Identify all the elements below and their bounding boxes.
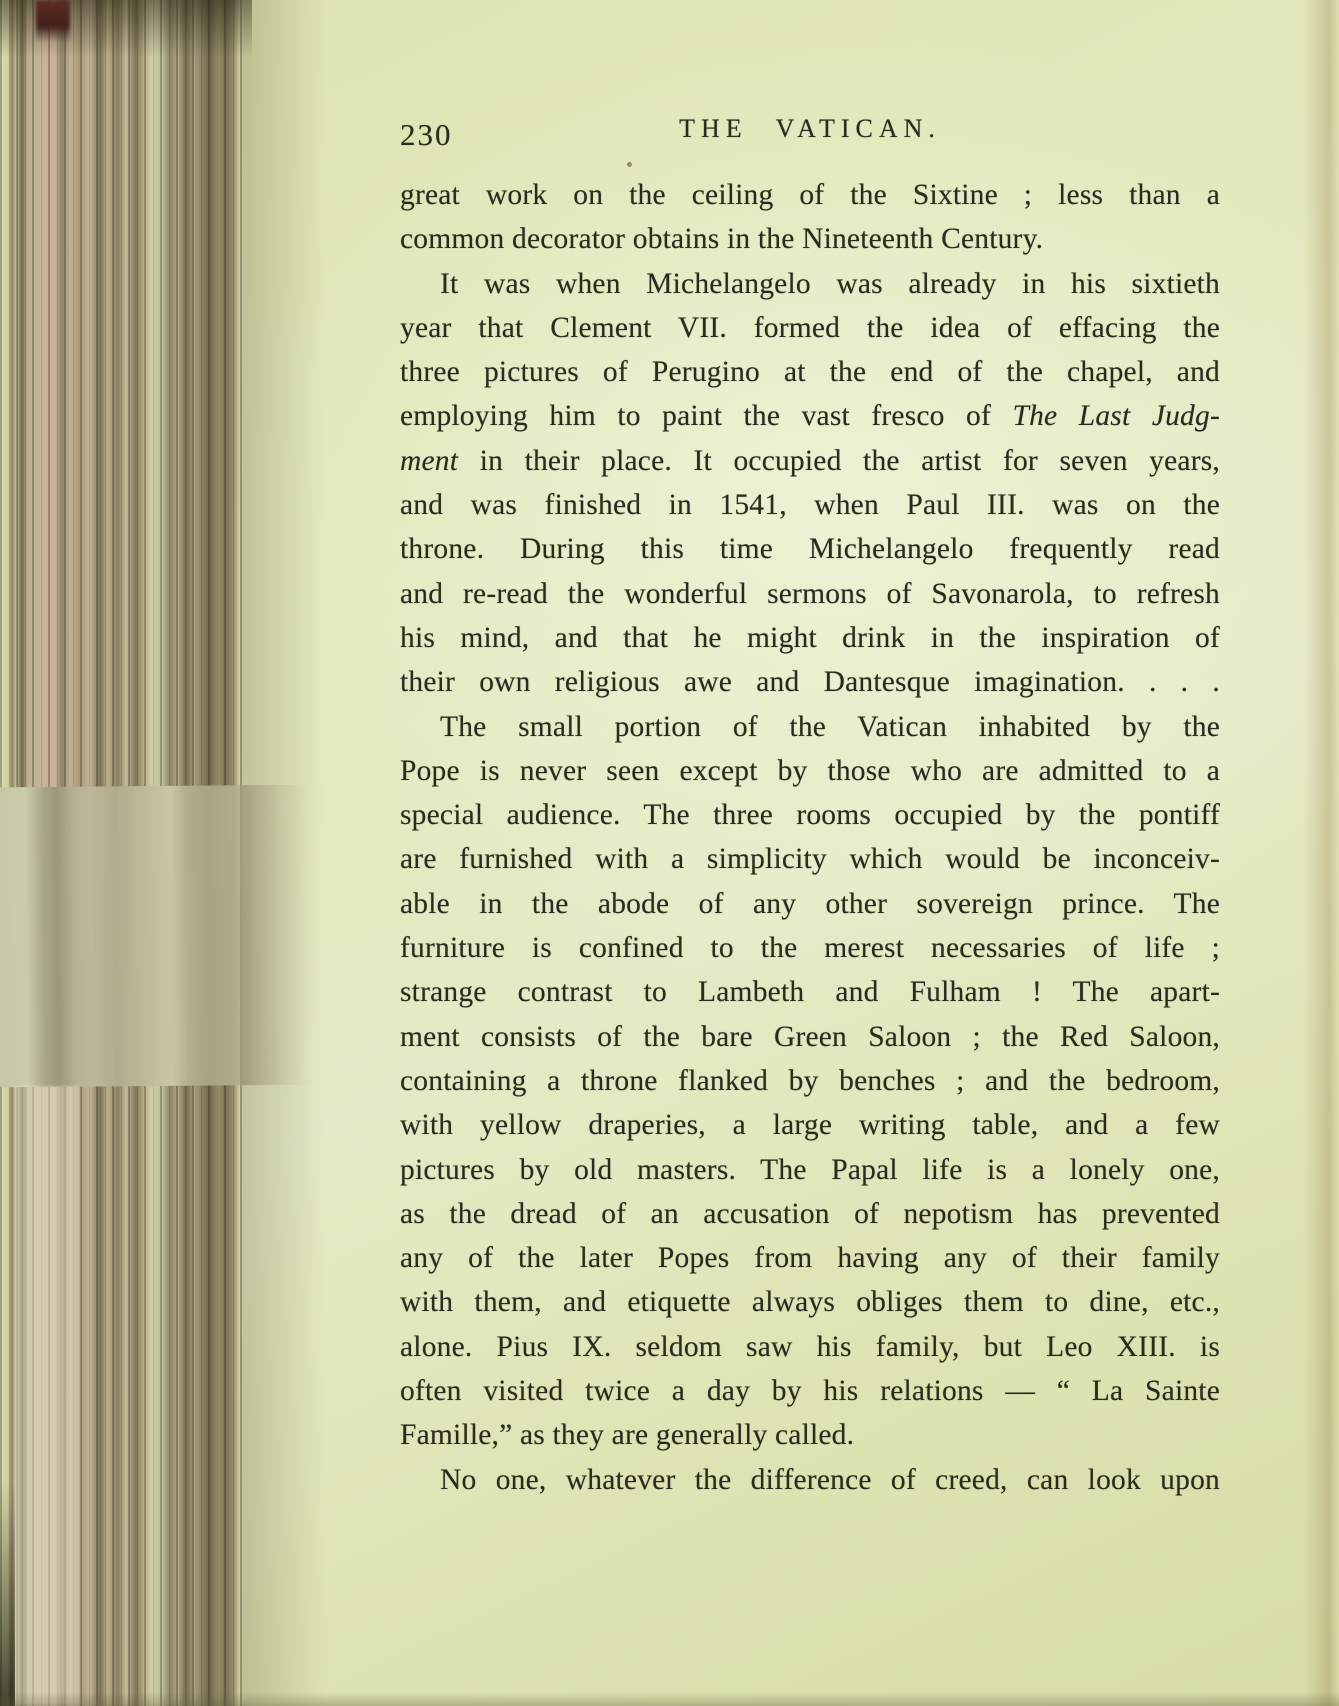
text-line: employing him to paint the vast fresco o… [400, 394, 1220, 438]
bottom-edge-shadow [0, 1692, 1339, 1706]
text-line: throne. During this time Michelangelo fr… [400, 527, 1220, 571]
text-line: with them, and etiquette always obliges … [400, 1280, 1220, 1324]
binding-maroon-chip [36, 0, 70, 42]
page-scan: 230 THE VATICAN. great work on the ceili… [0, 0, 1339, 1706]
text-line: any of the later Popes from having any o… [400, 1236, 1220, 1280]
text-line: special audience. The three rooms occupi… [400, 793, 1220, 837]
text-line: pictures by old masters. The Papal life … [400, 1148, 1220, 1192]
text-line: and was finished in 1541, when Paul III.… [400, 483, 1220, 527]
binding-lower-highlight [14, 1086, 80, 1706]
text-line: furniture is confined to the merest nece… [400, 926, 1220, 970]
text-line: often visited twice a day by his relatio… [400, 1369, 1220, 1413]
left-edge-shadow [0, 1480, 15, 1706]
ink-speck [627, 162, 632, 167]
text-line: with yellow draperies, a large writing t… [400, 1103, 1220, 1147]
text-line: their own religious awe and Dantesque im… [400, 660, 1220, 704]
text-line: year that Clement VII. formed the idea o… [400, 306, 1220, 350]
body-text: great work on the ceiling of the Sixtine… [400, 173, 1220, 1502]
gutter-shadow [240, 0, 325, 1706]
text-line: strange contrast to Lambeth and Fulham !… [400, 970, 1220, 1014]
text-line: able in the abode of any other sovereign… [400, 882, 1220, 926]
text-line: No one, whatever the difference of creed… [400, 1458, 1220, 1502]
text-line: common decorator obtains in the Nineteen… [400, 217, 1220, 261]
right-edge-shadow [1303, 0, 1339, 1706]
text-line: alone. Pius IX. seldom saw his family, b… [400, 1325, 1220, 1369]
text-line: ment in their place. It occupied the art… [400, 439, 1220, 483]
text-line: containing a throne flanked by benches ;… [400, 1059, 1220, 1103]
text-line: and re-read the wonderful sermons of Sav… [400, 572, 1220, 616]
text-line: Famille,” as they are generally called. [400, 1413, 1220, 1457]
text-line: as the dread of an accusation of nepotis… [400, 1192, 1220, 1236]
running-head: THE VATICAN. [400, 114, 1220, 144]
book-page-scan: { "page": { "number": "230", "running_he… [0, 0, 1339, 1706]
text-line: are furnished with a simplicity which wo… [400, 837, 1220, 881]
text-line: his mind, and that he might drink in the… [400, 616, 1220, 660]
text-line: great work on the ceiling of the Sixtine… [400, 173, 1220, 217]
text-line: The small portion of the Vatican inhabit… [400, 705, 1220, 749]
text-line: ment consists of the bare Green Saloon ;… [400, 1015, 1220, 1059]
text-line: Pope is never seen except by those who a… [400, 749, 1220, 793]
text-line: three pictures of Perugino at the end of… [400, 350, 1220, 394]
text-line: It was when Michelangelo was already in … [400, 262, 1220, 306]
